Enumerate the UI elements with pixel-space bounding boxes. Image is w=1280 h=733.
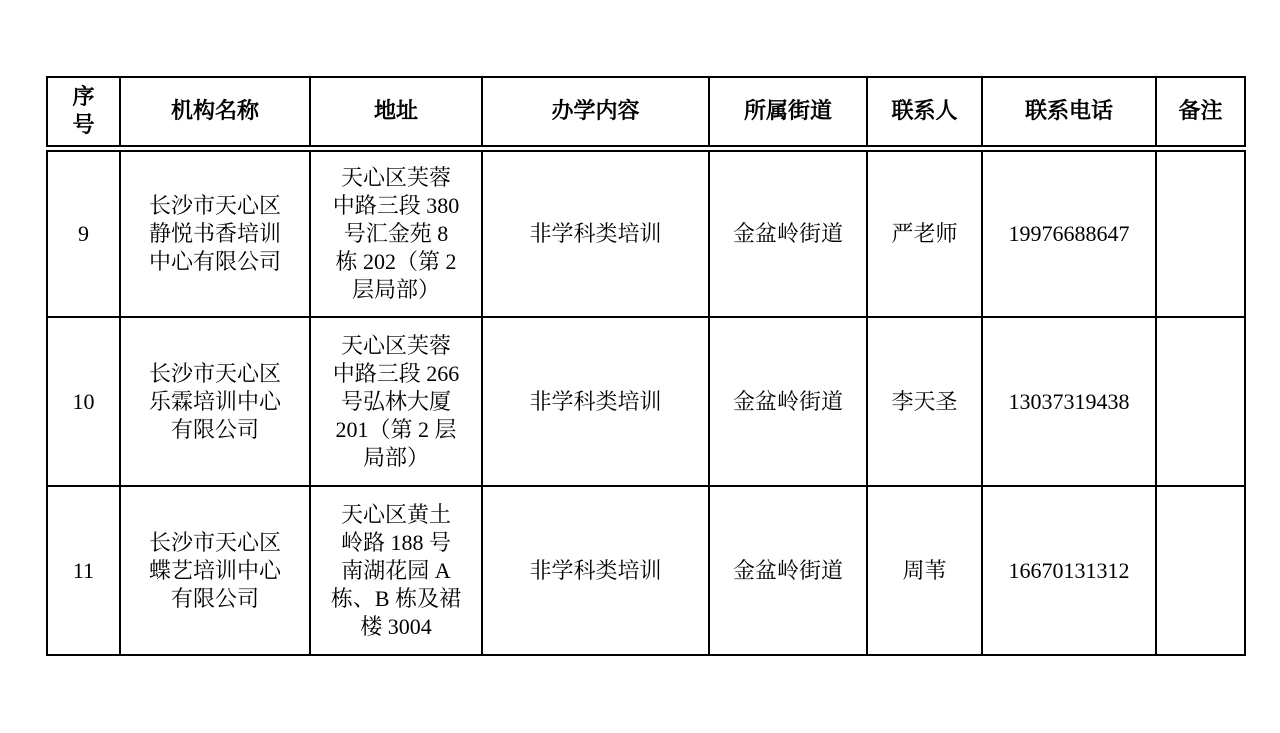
cell-contact-person: 严老师 — [867, 148, 982, 317]
cell-contact-person: 周苇 — [867, 486, 982, 655]
col-header-street: 所属街道 — [709, 77, 867, 148]
cell-teaching-content: 非学科类培训 — [482, 317, 709, 486]
cell-serial: 9 — [47, 148, 120, 317]
cell-contact-phone: 16670131312 — [982, 486, 1156, 655]
col-header-contact-phone: 联系电话 — [982, 77, 1156, 148]
col-header-institution-name: 机构名称 — [120, 77, 310, 148]
col-header-address: 地址 — [310, 77, 482, 148]
col-header-remark: 备注 — [1156, 77, 1245, 148]
cell-teaching-content: 非学科类培训 — [482, 486, 709, 655]
header-row: 序 号 机构名称 地址 办学内容 所属街道 联系人 联系电话 备注 — [47, 77, 1245, 148]
training-institutions-table: 序 号 机构名称 地址 办学内容 所属街道 联系人 联系电话 备注 9 长沙市天… — [46, 76, 1246, 656]
cell-contact-phone: 19976688647 — [982, 148, 1156, 317]
cell-address: 天心区芙蓉 中路三段 380 号汇金苑 8 栋 202（第 2 层局部） — [310, 148, 482, 317]
cell-serial: 11 — [47, 486, 120, 655]
document-page: 序 号 机构名称 地址 办学内容 所属街道 联系人 联系电话 备注 9 长沙市天… — [0, 0, 1280, 733]
cell-remark — [1156, 148, 1245, 317]
cell-serial: 10 — [47, 317, 120, 486]
cell-remark — [1156, 486, 1245, 655]
cell-contact-phone: 13037319438 — [982, 317, 1156, 486]
cell-remark — [1156, 317, 1245, 486]
col-header-serial: 序 号 — [47, 77, 120, 148]
cell-institution-name: 长沙市天心区 蝶艺培训中心 有限公司 — [120, 486, 310, 655]
cell-contact-person: 李天圣 — [867, 317, 982, 486]
col-header-contact-person: 联系人 — [867, 77, 982, 148]
cell-teaching-content: 非学科类培训 — [482, 148, 709, 317]
cell-street: 金盆岭街道 — [709, 317, 867, 486]
cell-institution-name: 长沙市天心区 静悦书香培训 中心有限公司 — [120, 148, 310, 317]
cell-street: 金盆岭街道 — [709, 148, 867, 317]
table-row: 10 长沙市天心区 乐霖培训中心 有限公司 天心区芙蓉 中路三段 266 号弘林… — [47, 317, 1245, 486]
table-row: 9 长沙市天心区 静悦书香培训 中心有限公司 天心区芙蓉 中路三段 380 号汇… — [47, 148, 1245, 317]
cell-street: 金盆岭街道 — [709, 486, 867, 655]
table-row: 11 长沙市天心区 蝶艺培训中心 有限公司 天心区黄土 岭路 188 号 南湖花… — [47, 486, 1245, 655]
cell-institution-name: 长沙市天心区 乐霖培训中心 有限公司 — [120, 317, 310, 486]
cell-address: 天心区芙蓉 中路三段 266 号弘林大厦 201（第 2 层 局部） — [310, 317, 482, 486]
cell-address: 天心区黄土 岭路 188 号 南湖花园 A 栋、B 栋及裙 楼 3004 — [310, 486, 482, 655]
col-header-teaching-content: 办学内容 — [482, 77, 709, 148]
